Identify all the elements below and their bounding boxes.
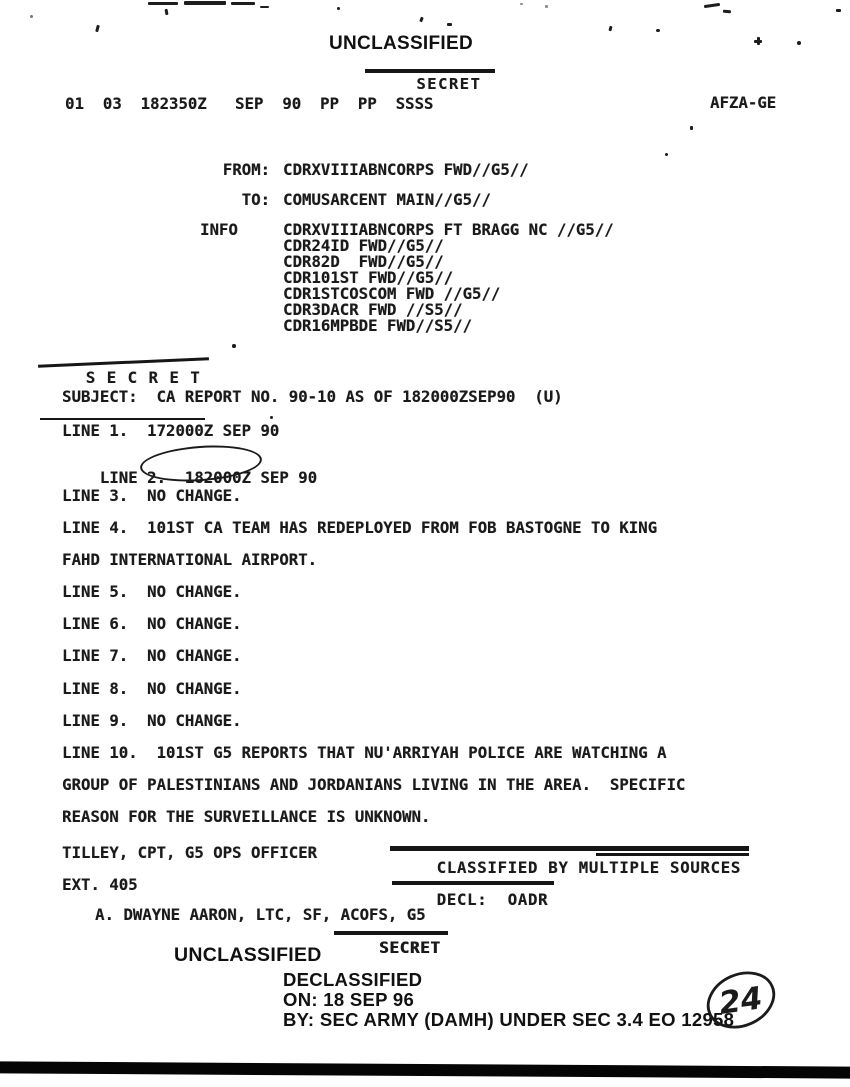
declassified-by-line: BY: SEC ARMY (DAMH) UNDER SEC 3.4 EO 129…: [283, 1009, 734, 1031]
declassified-stamp: DECLASSIFIED: [283, 969, 422, 991]
strike-line: [38, 357, 209, 367]
struck-secret-top: SECRET: [373, 62, 481, 122]
from-label: FROM:: [190, 162, 270, 177]
body-line-5: LINE 5. NO CHANGE.: [62, 584, 241, 599]
info-line: CDR24ID FWD//G5//: [283, 238, 444, 253]
from-value: CDRXVIIIABNCORPS FWD//G5//: [283, 162, 529, 177]
to-value: COMUSARCENT MAIN//G5//: [283, 192, 491, 207]
body-line-9: LINE 9. NO CHANGE.: [62, 713, 241, 728]
decl-oadr-text: DECL: OADR: [437, 890, 549, 909]
info-label: INFO: [200, 222, 238, 237]
body-line-4b: FAHD INTERNATIONAL AIRPORT.: [62, 552, 317, 567]
strike-line: [392, 881, 554, 885]
routing-line: 01 03 182350Z SEP 90 PP PP SSSS: [65, 96, 433, 111]
body-line-2: LINE 2. 182000Z SEP 90: [62, 455, 317, 515]
struck-secret-top-text: SECRET: [416, 75, 481, 93]
body-line-3: LINE 3. NO CHANGE.: [62, 488, 241, 503]
body-line-7: LINE 7. NO CHANGE.: [62, 648, 241, 663]
struck-secret-bottom-text: SECRET: [379, 938, 440, 957]
body-line-4a: LINE 4. 101ST CA TEAM HAS REDEPLOYED FRO…: [62, 520, 657, 535]
releaser-line: A. DWAYNE AARON, LTC, SF, ACOFS, G5: [95, 907, 426, 922]
body-line-10a: LINE 10. 101ST G5 REPORTS THAT NU'ARRIYA…: [62, 745, 666, 760]
declassified-on-line: ON: 18 SEP 96: [283, 989, 414, 1011]
strike-line: [390, 846, 749, 851]
bottom-black-bar: [0, 1061, 850, 1078]
strike-line: [596, 853, 749, 856]
info-line: CDR1STCOSCOM FWD //G5//: [283, 286, 500, 301]
subject-line: SUBJECT: CA REPORT NO. 90-10 AS OF 18200…: [62, 389, 563, 404]
body-line-2-suffix: SEP 90: [251, 468, 317, 487]
drafter-line: TILLEY, CPT, G5 OPS OFFICER: [62, 845, 317, 860]
strike-line: [365, 69, 495, 73]
body-line-10c: REASON FOR THE SURVEILLANCE IS UNKNOWN.: [62, 809, 430, 824]
body-line-6: LINE 6. NO CHANGE.: [62, 616, 241, 631]
info-line: CDR82D FWD//G5//: [283, 254, 444, 269]
info-line: CDR3DACR FWD //S5//: [283, 302, 462, 317]
info-line: CDR16MPBDE FWD//S5//: [283, 318, 472, 333]
info-line: CDRXVIIIABNCORPS FT BRAGG NC //G5//: [283, 222, 614, 237]
body-line-10b: GROUP OF PALESTINIANS AND JORDANIANS LIV…: [62, 777, 685, 792]
strike-line: [334, 931, 448, 935]
unclassified-stamp-top: UNCLASSIFIED: [329, 33, 473, 55]
document-page: UNCLASSIFIED SECRET 01 03 182350Z SEP 90…: [0, 0, 850, 1087]
to-label: TO:: [190, 192, 270, 207]
body-line-1: LINE 1. 172000Z SEP 90: [62, 423, 279, 438]
body-line-8: LINE 8. NO CHANGE.: [62, 681, 241, 696]
info-line: CDR101ST FWD//G5//: [283, 270, 453, 285]
unclassified-stamp-bottom: UNCLASSIFIED: [174, 944, 322, 967]
struck-secret-spaced-text: S E C R E T: [86, 368, 201, 387]
handwritten-circled-number: 24: [703, 966, 779, 1034]
handwritten-number: 24: [717, 980, 765, 1022]
classified-by-text: CLASSIFIED BY MULTIPLE SOURCES: [437, 858, 741, 877]
extension-line: EXT. 405: [62, 877, 138, 892]
office-symbol: AFZA-GE: [710, 95, 776, 110]
